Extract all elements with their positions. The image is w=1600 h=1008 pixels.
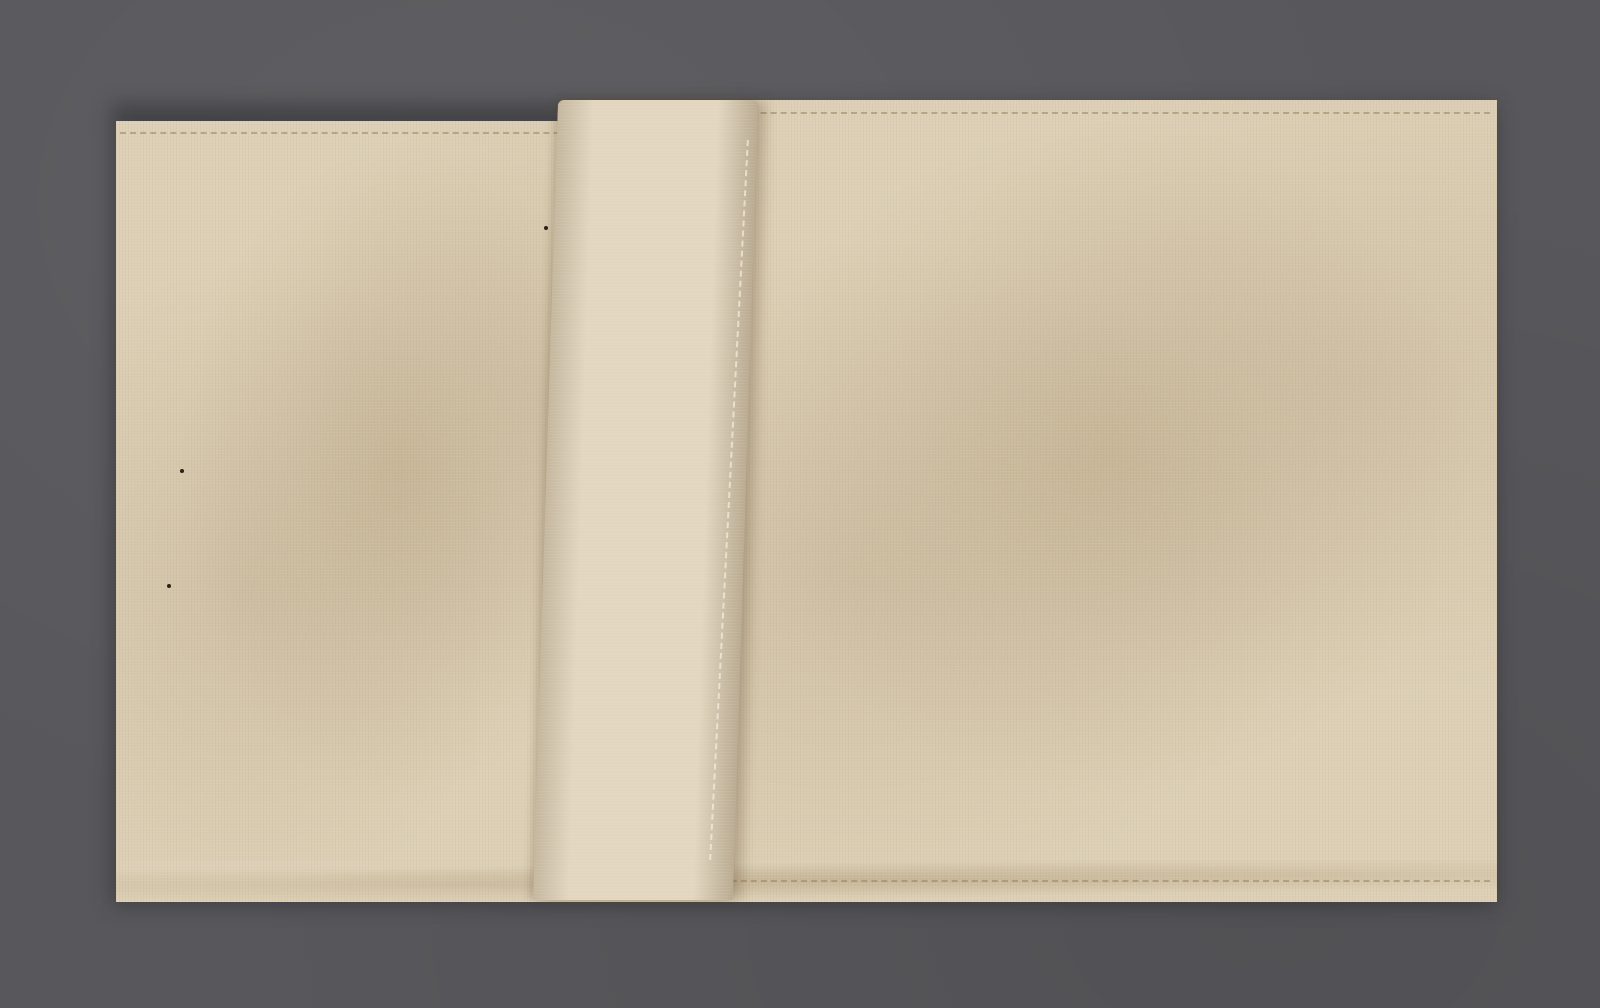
speck: [180, 469, 184, 473]
speck: [167, 584, 171, 588]
armband-fold-tab: [533, 100, 758, 900]
speck: [544, 226, 548, 230]
top-stitching-right: [640, 112, 1490, 114]
top-stitching-left: [120, 132, 620, 134]
armband-right-section: [632, 100, 1497, 892]
